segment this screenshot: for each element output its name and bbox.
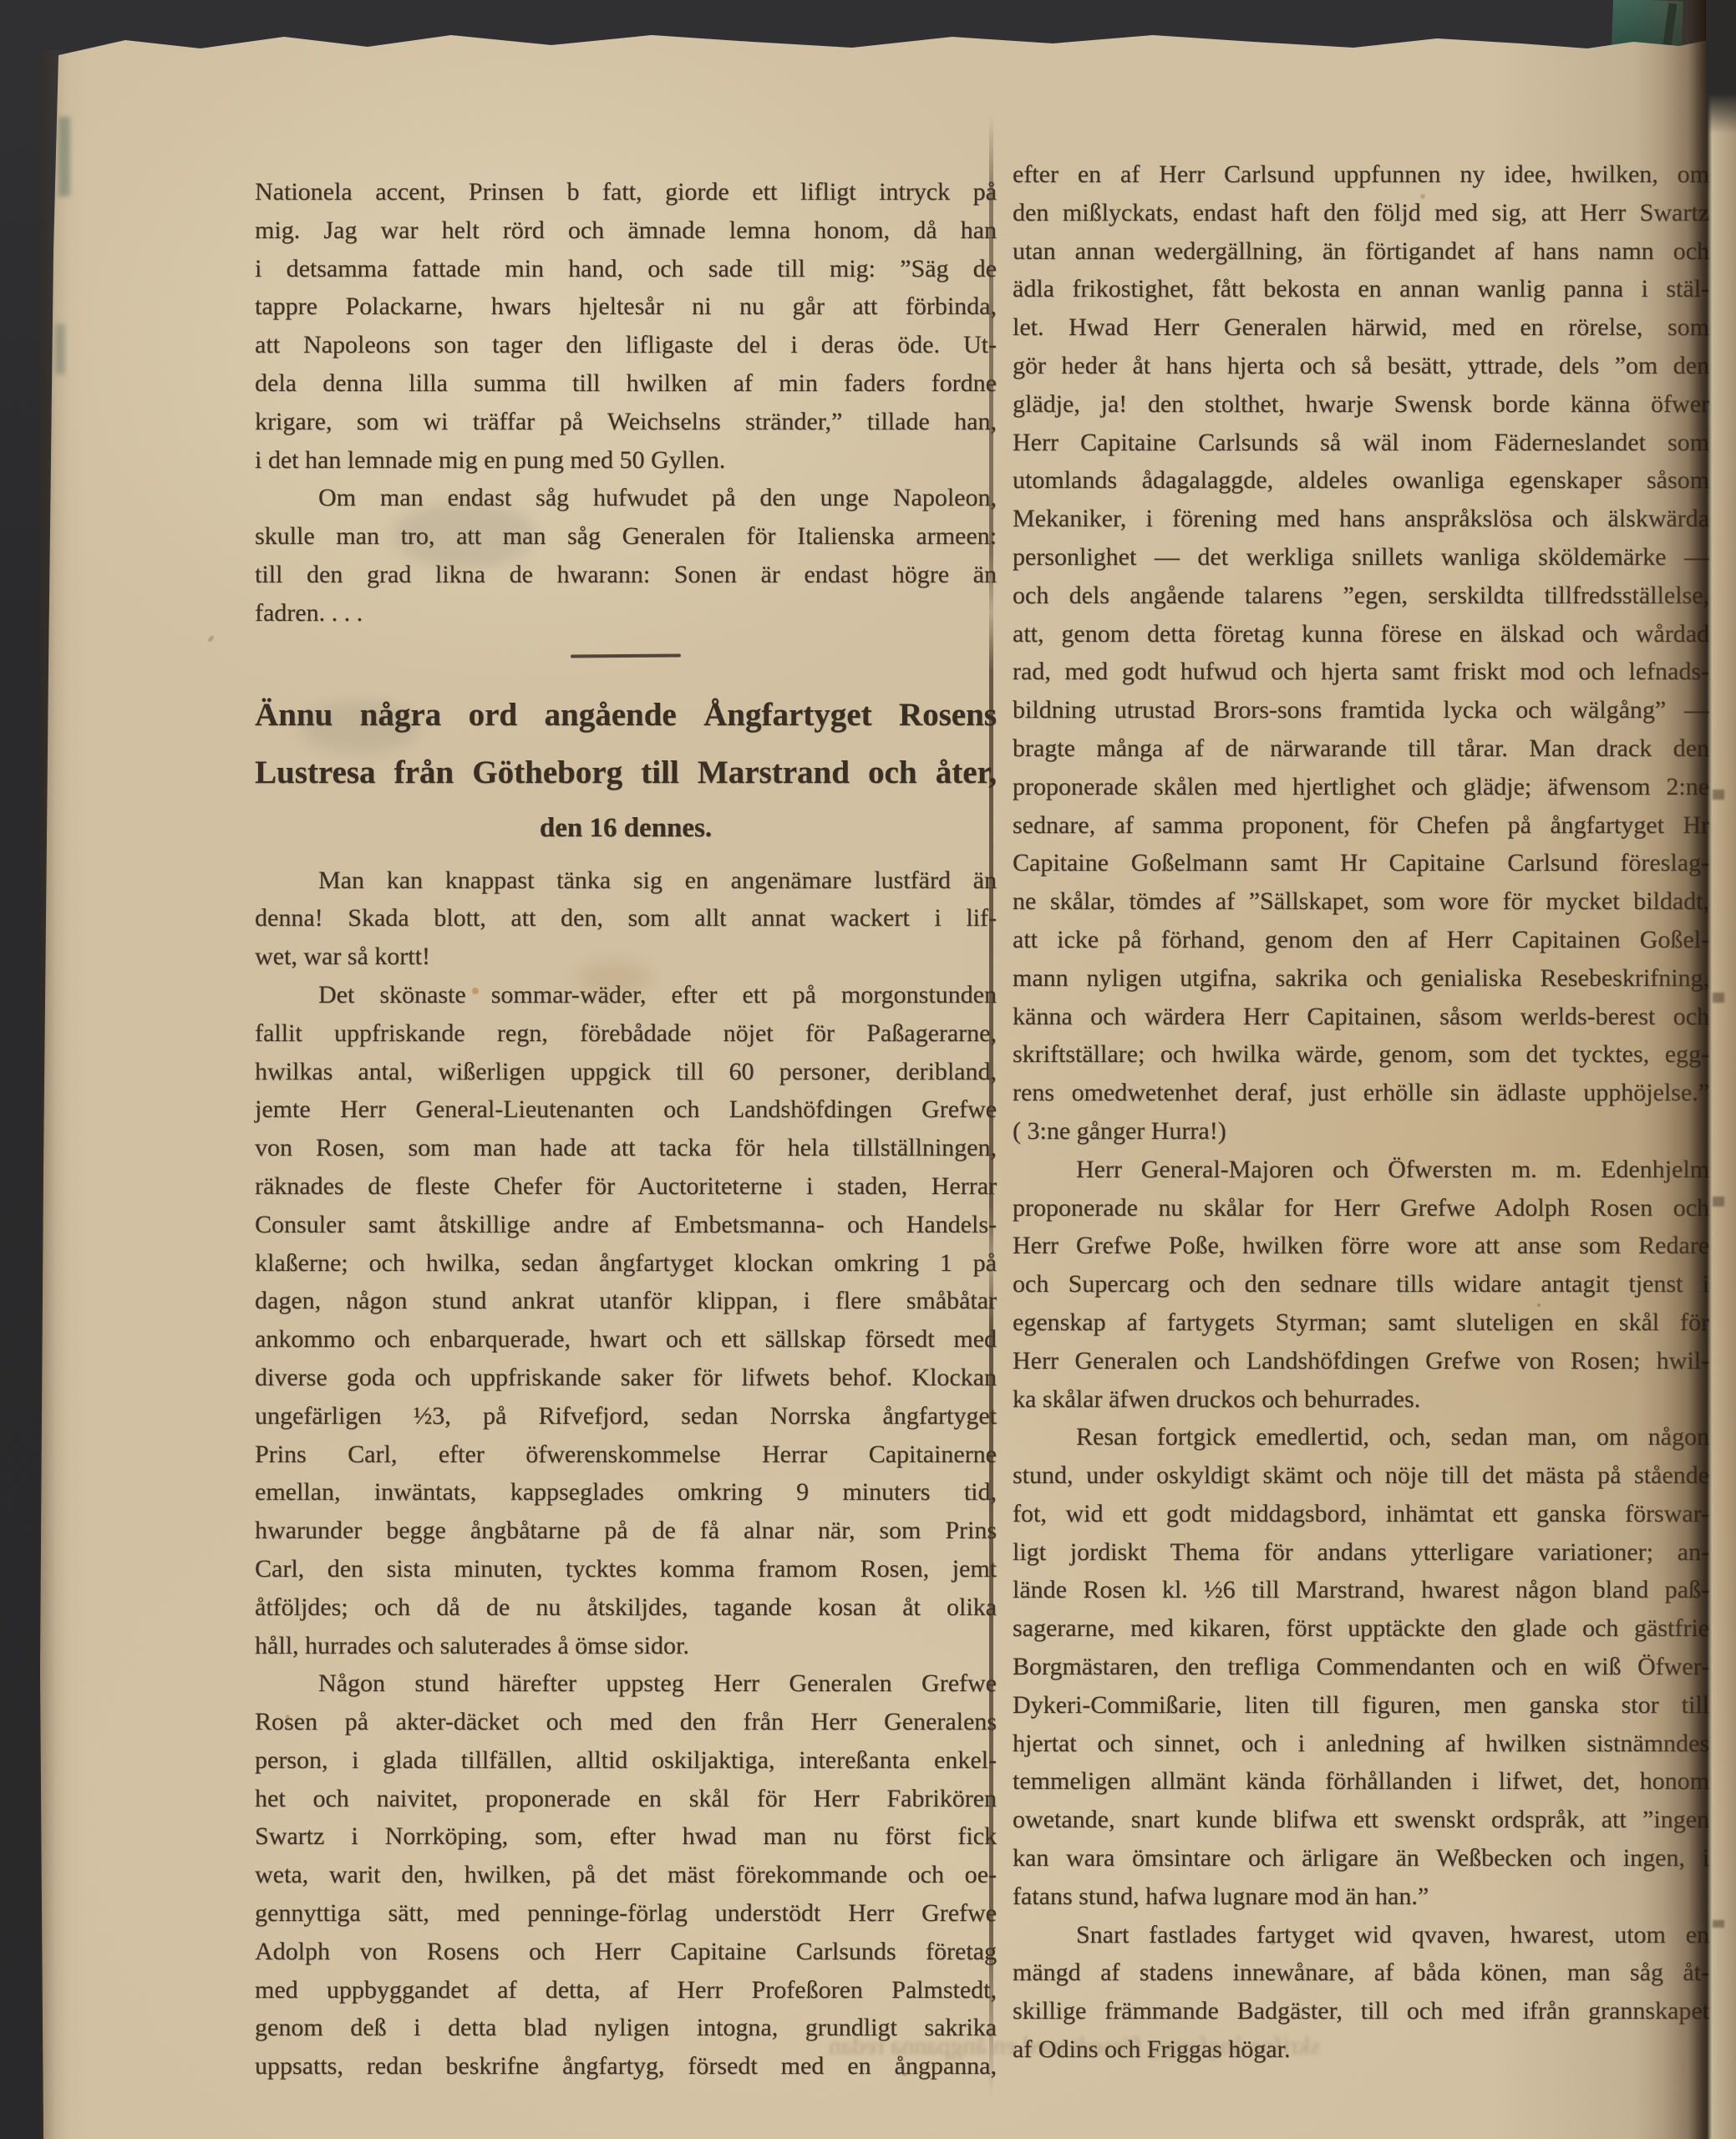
text-line: ligt jordiskt Thema för andans ytterliga… — [1013, 1533, 1709, 1572]
cut-glyph-fragment — [1713, 993, 1724, 1003]
text-line: het och naivitet, proponerade en skål fö… — [255, 1780, 997, 1818]
text-line: mig. Jag war helt rörd och ämnade lemna … — [255, 211, 997, 250]
text-line: fadren. . . . — [255, 594, 997, 633]
article-heading-line: Ännu några ord angående Ångfartyget Rose… — [255, 686, 997, 744]
text-line: ( 3:ne gånger Hurra!) — [1013, 1112, 1709, 1151]
cut-glyph-fragment — [1713, 1197, 1724, 1207]
text-line: egenskap af fartygets Styrman; samt slut… — [1013, 1303, 1709, 1342]
text-line: mängd af stadens innewånare, af båda kön… — [1013, 1954, 1709, 1992]
text-line: bragte många af de närwarande till tårar… — [1013, 729, 1709, 768]
text-line: dela denna lilla summa till hwilken af m… — [255, 364, 997, 403]
article-heading-line: den 16 dennes. — [255, 801, 997, 855]
text-line: dagen, någon stund ankrat utanför klippa… — [255, 1282, 997, 1320]
text-line: till den grad likna de hwarann: Sonen är… — [255, 556, 997, 594]
text-line: att, genom detta företag kunna förese en… — [1013, 615, 1709, 653]
cut-glyph-fragment — [1713, 790, 1724, 800]
text-line: rens omedwetenhet deraf, just erhölle si… — [1013, 1074, 1709, 1112]
text-line: tappre Polackarne, hwars hjeltesår ni nu… — [255, 287, 997, 326]
text-line: Herr Grefwe Poße, hwilken förre wore att… — [1013, 1227, 1709, 1265]
text-line: Carl, den sista minuten, tycktes komma f… — [255, 1550, 997, 1588]
section-divider-rule — [255, 633, 997, 676]
text-line: stund, under oskyldigt skämt och nöje ti… — [1013, 1456, 1709, 1495]
text-line: Herr Capitaine Carlsunds så wäl inom Fäd… — [1013, 424, 1709, 462]
text-line: och dels angående talarens ”egen, serski… — [1013, 577, 1709, 615]
scanned-newspaper-page: { "colors": { "backdrop": "#2d2d2f", "pa… — [0, 0, 1736, 2139]
text-line: och Supercarg och den sednare tills wida… — [1013, 1265, 1709, 1303]
text-line: fallit uppfriskande regn, förebådade nöj… — [255, 1014, 997, 1053]
text-line: Prins Carl, efter öfwerenskommelse Herra… — [255, 1435, 997, 1474]
text-line: Herr Generalen och Landshöfdingen Grefwe… — [1013, 1342, 1709, 1380]
text-line: i det han lemnade mig en pung med 50 Gyl… — [255, 441, 997, 480]
text-line: efter en af Herr Carlsund uppfunnen ny i… — [1013, 155, 1709, 194]
text-line: Nationela accent, Prinsen b fatt, giorde… — [255, 173, 997, 211]
text-line: mann nyligen utgifna, sakrika och genial… — [1013, 959, 1709, 998]
text-line: klaßerne; och hwilka, sedan ångfartyget … — [255, 1244, 997, 1283]
divider-line — [571, 653, 681, 658]
text-line: räknades de fleste Chefer för Auctoritet… — [255, 1167, 997, 1206]
text-line: känna och wärdera Herr Capitainen, såsom… — [1013, 998, 1709, 1036]
left-text-column: Nationela accent, Prinsen b fatt, giorde… — [255, 173, 997, 2086]
text-line: Det skönaste sommar-wäder, efter ett på … — [255, 976, 997, 1014]
text-line: i detsamma fattade min hand, och sade ti… — [255, 250, 997, 288]
edge-tint-mark — [58, 117, 70, 196]
text-line: Man kan knappast tänka sig en angenämare… — [255, 861, 997, 900]
text-line: fot, wid ett godt middagsbord, inhämtat … — [1013, 1495, 1709, 1533]
text-line: ka skålar äfwen druckos och behurrades. — [1013, 1380, 1709, 1419]
text-line: let. Hwad Herr Generalen härwid, med en … — [1013, 308, 1709, 347]
text-line: sagerarne, med kikaren, först upptäckte … — [1013, 1609, 1709, 1648]
cut-glyph-fragment — [1713, 1920, 1724, 1928]
text-line: skriftställare; och hwilka wärde, genom,… — [1013, 1035, 1709, 1074]
text-line: hwarunder begge ångbåtarne på de få alna… — [255, 1512, 997, 1550]
text-line: åtföljdes; och då de nu åtskiljdes, taga… — [255, 1588, 997, 1627]
text-line: Rosen på akter-däcket och med den från H… — [255, 1703, 997, 1741]
text-line: jemte Herr General-Lieutenanten och Land… — [255, 1090, 997, 1129]
text-line: proponerade skålen med hjertlighet och g… — [1013, 768, 1709, 806]
fold-top-dark-edge — [1706, 0, 1736, 134]
text-line: glädje, ja! den stolthet, hwarje Swensk … — [1013, 385, 1709, 424]
text-line: med uppbyggandet af detta, af Herr Profe… — [255, 1971, 997, 2009]
text-line: ädla frikostighet, fått bekosta en annan… — [1013, 270, 1709, 308]
text-line: Consuler samt åtskillige andre af Embets… — [255, 1206, 997, 1244]
text-line: genom deß i detta blad nyligen intogna, … — [255, 2009, 997, 2047]
text-line: sednare, af samma proponent, för Chefen … — [1013, 806, 1709, 845]
edge-tint-mark — [55, 324, 65, 374]
text-line: fatans stund, hafwa lugnare mod än han.” — [1013, 1877, 1709, 1916]
text-line: proponerade nu skålar for Herr Grefwe Ad… — [1013, 1189, 1709, 1227]
text-line: att Napoleons son tager den lifligaste d… — [255, 326, 997, 364]
text-line: krigare, som wi träffar på Weichselns st… — [255, 403, 997, 441]
text-line: Capitaine Goßelmann samt Hr Capitaine Ca… — [1013, 844, 1709, 882]
text-line: Borgmästaren, den trefliga Commendanten … — [1013, 1648, 1709, 1686]
text-line: håll, hurrades och saluterades å ömse si… — [255, 1627, 997, 1665]
text-line: Om man endast såg hufwudet på den unge N… — [255, 479, 997, 517]
text-line: hwilkas antal, wißerligen uppgick till 6… — [255, 1053, 997, 1091]
text-line: temmeligen allmänt kända förhållanden i … — [1013, 1762, 1709, 1801]
text-line: Snart fastlades fartyget wid qvaven, hwa… — [1013, 1916, 1709, 1954]
text-line: denna! Skada blott, att den, som allt an… — [255, 899, 997, 937]
text-line: gennyttiga sätt, med penninge-förlag und… — [255, 1894, 997, 1933]
text-line: Mekaniker, i förening med hans anspråksl… — [1013, 500, 1709, 538]
text-line: person, i glada tillfällen, alltid oskil… — [255, 1741, 997, 1780]
text-line: ankommo och enbarquerade, hwart och ett … — [255, 1320, 997, 1359]
text-line: lände Rosen kl. ½6 till Marstrand, hware… — [1013, 1571, 1709, 1609]
text-line: skulle man tro, att man såg Generalen fö… — [255, 517, 997, 556]
text-line: Swartz i Norrköping, som, efter hwad man… — [255, 1817, 997, 1856]
text-line: utomlands ådagalaggde, aldeles owanliga … — [1013, 461, 1709, 500]
text-line: Herr General-Majoren och Öfwersten m. m.… — [1013, 1151, 1709, 1189]
text-line: diverse goda och uppfriskande saker för … — [255, 1359, 997, 1397]
right-text-column: efter en af Herr Carlsund uppfunnen ny i… — [1013, 155, 1709, 2069]
text-line: personlighet — det werkliga snillets wan… — [1013, 538, 1709, 577]
page-fold-shadow — [1636, 0, 1736, 2139]
text-line: skillige främmande Badgäster, till och m… — [1013, 1992, 1709, 2030]
text-line: ne skålar, tömdes af ”Sällskapet, som wo… — [1013, 882, 1709, 921]
article-heading-line: Lustresa från Götheborg till Marstrand o… — [255, 744, 997, 801]
text-line: emellan, inwäntats, kappseglades omkring… — [255, 1473, 997, 1512]
text-line: att icke på förhand, genom den af Herr C… — [1013, 921, 1709, 959]
text-line: Adolph von Rosens och Herr Capitaine Car… — [255, 1933, 997, 1971]
text-line: af Odins och Friggas högar. — [1013, 2030, 1709, 2069]
text-line: utan annan wedergällning, än förtigandet… — [1013, 232, 1709, 271]
text-line: den mißlyckats, endast haft den följd me… — [1013, 194, 1709, 232]
text-line: kan wara ömsintare och ärligare än Weßbe… — [1013, 1839, 1709, 1877]
text-line: gör heder åt hans hjerta och så besätt, … — [1013, 347, 1709, 385]
text-line: wet, war så kortt! — [255, 937, 997, 976]
text-line: bildning utrustad Brors-sons framtida ly… — [1013, 691, 1709, 729]
text-line: hjertat och sinnet, och i anledning af h… — [1013, 1725, 1709, 1763]
text-line: Någon stund härefter uppsteg Herr Genera… — [255, 1664, 997, 1703]
text-line: uppsatts, redan beskrifne ångfartyg, för… — [255, 2047, 997, 2086]
text-line: Dykeri-Commißarie, liten till figuren, m… — [1013, 1686, 1709, 1725]
text-line: rad, med godt hufwud och hjerta samt fri… — [1013, 653, 1709, 691]
text-line: ungefärligen ½3, på Rifvefjord, sedan No… — [255, 1397, 997, 1435]
text-line: owetande, snart kunde blifwa ett swenskt… — [1013, 1801, 1709, 1839]
text-line: von Rosen, som man hade att tacka för he… — [255, 1129, 997, 1167]
text-line: Resan fortgick emedlertid, och, sedan ma… — [1013, 1418, 1709, 1456]
text-line: weta, warit den, hwilken, på det mäst fö… — [255, 1856, 997, 1894]
